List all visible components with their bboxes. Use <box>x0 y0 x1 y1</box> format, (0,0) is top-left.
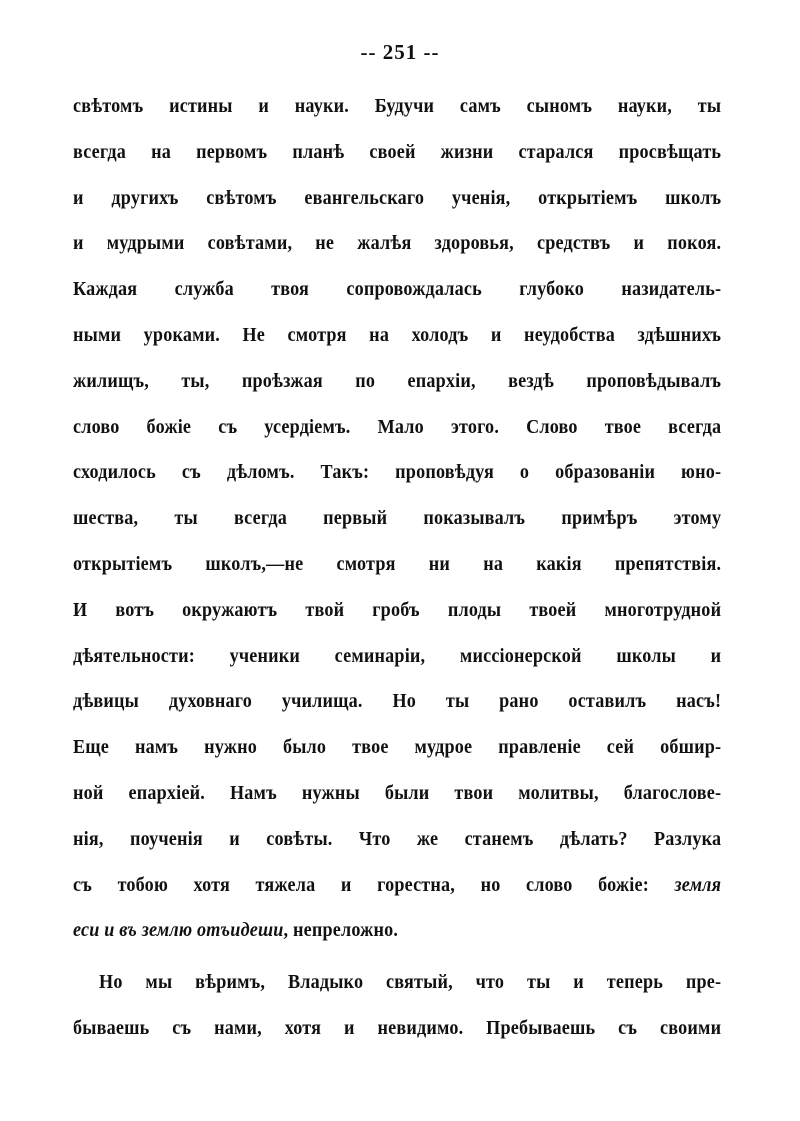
text-line: ными уроками. Не смотря на холодъ и неуд… <box>73 313 721 359</box>
text-line: открытіемъ школъ,—не смотря ни на какія … <box>73 542 721 588</box>
italic-quote: земля <box>675 875 722 896</box>
text-run: слово божіе съ усердіемъ. Мало этого. Сл… <box>73 417 721 438</box>
text-line: слово божіе съ усердіемъ. Мало этого. Сл… <box>73 405 721 451</box>
text-run: дѣвицы духовнаго училища. Но ты рано ост… <box>73 691 721 712</box>
text-line: бываешь съ нами, хотя и невидимо. Пребыв… <box>73 1006 721 1052</box>
text-run: дѣятельности: ученики семинаріи, миссіон… <box>73 646 721 667</box>
text-run: съ тобою хотя тяжела и горестна, но слов… <box>73 875 675 896</box>
text-run: ными уроками. Не смотря на холодъ и неуд… <box>73 325 721 346</box>
text-run: И вотъ окружаютъ твой гробъ плоды твоей … <box>73 600 721 621</box>
text-run: Каждая служба твоя сопровождалась глубок… <box>73 279 721 300</box>
text-line: всегда на первомъ планѣ своей жизни стар… <box>73 130 721 176</box>
text-run: открытіемъ школъ,—не смотря ни на какія … <box>73 554 721 575</box>
text-line: дѣвицы духовнаго училища. Но ты рано ост… <box>73 679 721 725</box>
italic-quote: еси и въ землю отъидеши <box>73 920 284 941</box>
text-run: Еще намъ нужно было твое мудрое правлені… <box>73 737 721 758</box>
body-text: свѣтомъ истины и науки. Будучи самъ сыно… <box>73 84 721 1052</box>
text-run: бываешь съ нами, хотя и невидимо. Пребыв… <box>73 1018 721 1039</box>
text-run: шества, ты всегда первый показывалъ прим… <box>73 508 721 529</box>
text-run: и мудрыми совѣтами, не жалѣя здоровья, с… <box>73 233 721 254</box>
book-page: -- 251 -- свѣтомъ истины и науки. Будучи… <box>0 0 800 1121</box>
text-run: сходилось съ дѣломъ. Такъ: проповѣдуя о … <box>73 462 721 483</box>
text-run: , непреложно. <box>284 920 399 941</box>
text-run: Но мы вѣримъ, Владыко святый, что ты и т… <box>99 972 721 993</box>
text-line: и другихъ свѣтомъ евангельскаго ученія, … <box>73 176 721 222</box>
text-line: Но мы вѣримъ, Владыко святый, что ты и т… <box>73 960 721 1006</box>
text-run: и другихъ свѣтомъ евангельскаго ученія, … <box>73 188 721 209</box>
text-line: дѣятельности: ученики семинаріи, миссіон… <box>73 634 721 680</box>
text-line: Еще намъ нужно было твое мудрое правлені… <box>73 725 721 771</box>
text-line: свѣтомъ истины и науки. Будучи самъ сыно… <box>73 84 721 130</box>
text-line: шества, ты всегда первый показывалъ прим… <box>73 496 721 542</box>
text-line: ной епархіей. Намъ нужны были твои молит… <box>73 771 721 817</box>
text-line: и мудрыми совѣтами, не жалѣя здоровья, с… <box>73 221 721 267</box>
text-run: всегда на первомъ планѣ своей жизни стар… <box>73 142 721 163</box>
text-line: жилищъ, ты, проѣзжая по епархіи, вездѣ п… <box>73 359 721 405</box>
text-line: еси и въ землю отъидеши, непреложно. <box>73 908 721 954</box>
text-line: нія, поученія и совѣты. Что же станемъ д… <box>73 817 721 863</box>
text-run: свѣтомъ истины и науки. Будучи самъ сыно… <box>73 96 721 117</box>
text-run: жилищъ, ты, проѣзжая по епархіи, вездѣ п… <box>73 371 721 392</box>
text-run: ной епархіей. Намъ нужны были твои молит… <box>73 783 721 804</box>
text-line: сходилось съ дѣломъ. Такъ: проповѣдуя о … <box>73 450 721 496</box>
text-line: И вотъ окружаютъ твой гробъ плоды твоей … <box>73 588 721 634</box>
text-run: нія, поученія и совѣты. Что же станемъ д… <box>73 829 721 850</box>
page-number: -- 251 -- <box>0 40 800 65</box>
text-line: съ тобою хотя тяжела и горестна, но слов… <box>73 863 721 909</box>
text-line: Каждая служба твоя сопровождалась глубок… <box>73 267 721 313</box>
